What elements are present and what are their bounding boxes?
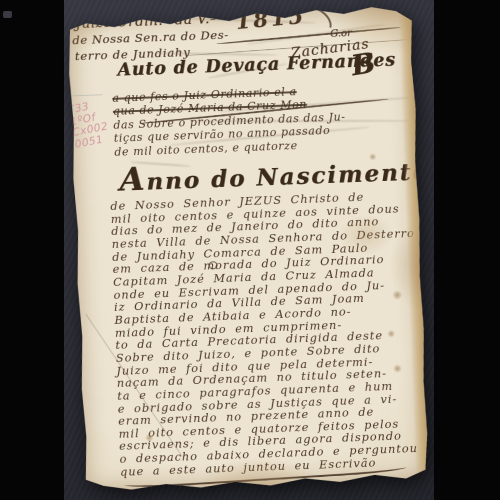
pen-flourish <box>304 5 335 28</box>
heading-initial: A <box>119 160 147 199</box>
pencil-line <box>68 94 102 96</box>
auto-subtitle-block: a que fes o Juiz Ordinario el a qua de J… <box>112 83 347 159</box>
body-text-block: de Nosso Senhor JEZUS Christo de mil oit… <box>110 190 422 479</box>
manuscript-photo: Juizo Ordin.º da V.ª de Nossa Sen.ra do … <box>0 0 500 500</box>
archival-reference-mark: T33 1ºOf Cx002 0051 <box>67 99 111 151</box>
dust-speck <box>3 11 12 18</box>
manuscript-page: Juizo Ordin.º da V.ª de Nossa Sen.ra do … <box>65 4 430 494</box>
manuscript-page-wrap: Juizo Ordin.º da V.ª de Nossa Sen.ra do … <box>65 4 430 494</box>
